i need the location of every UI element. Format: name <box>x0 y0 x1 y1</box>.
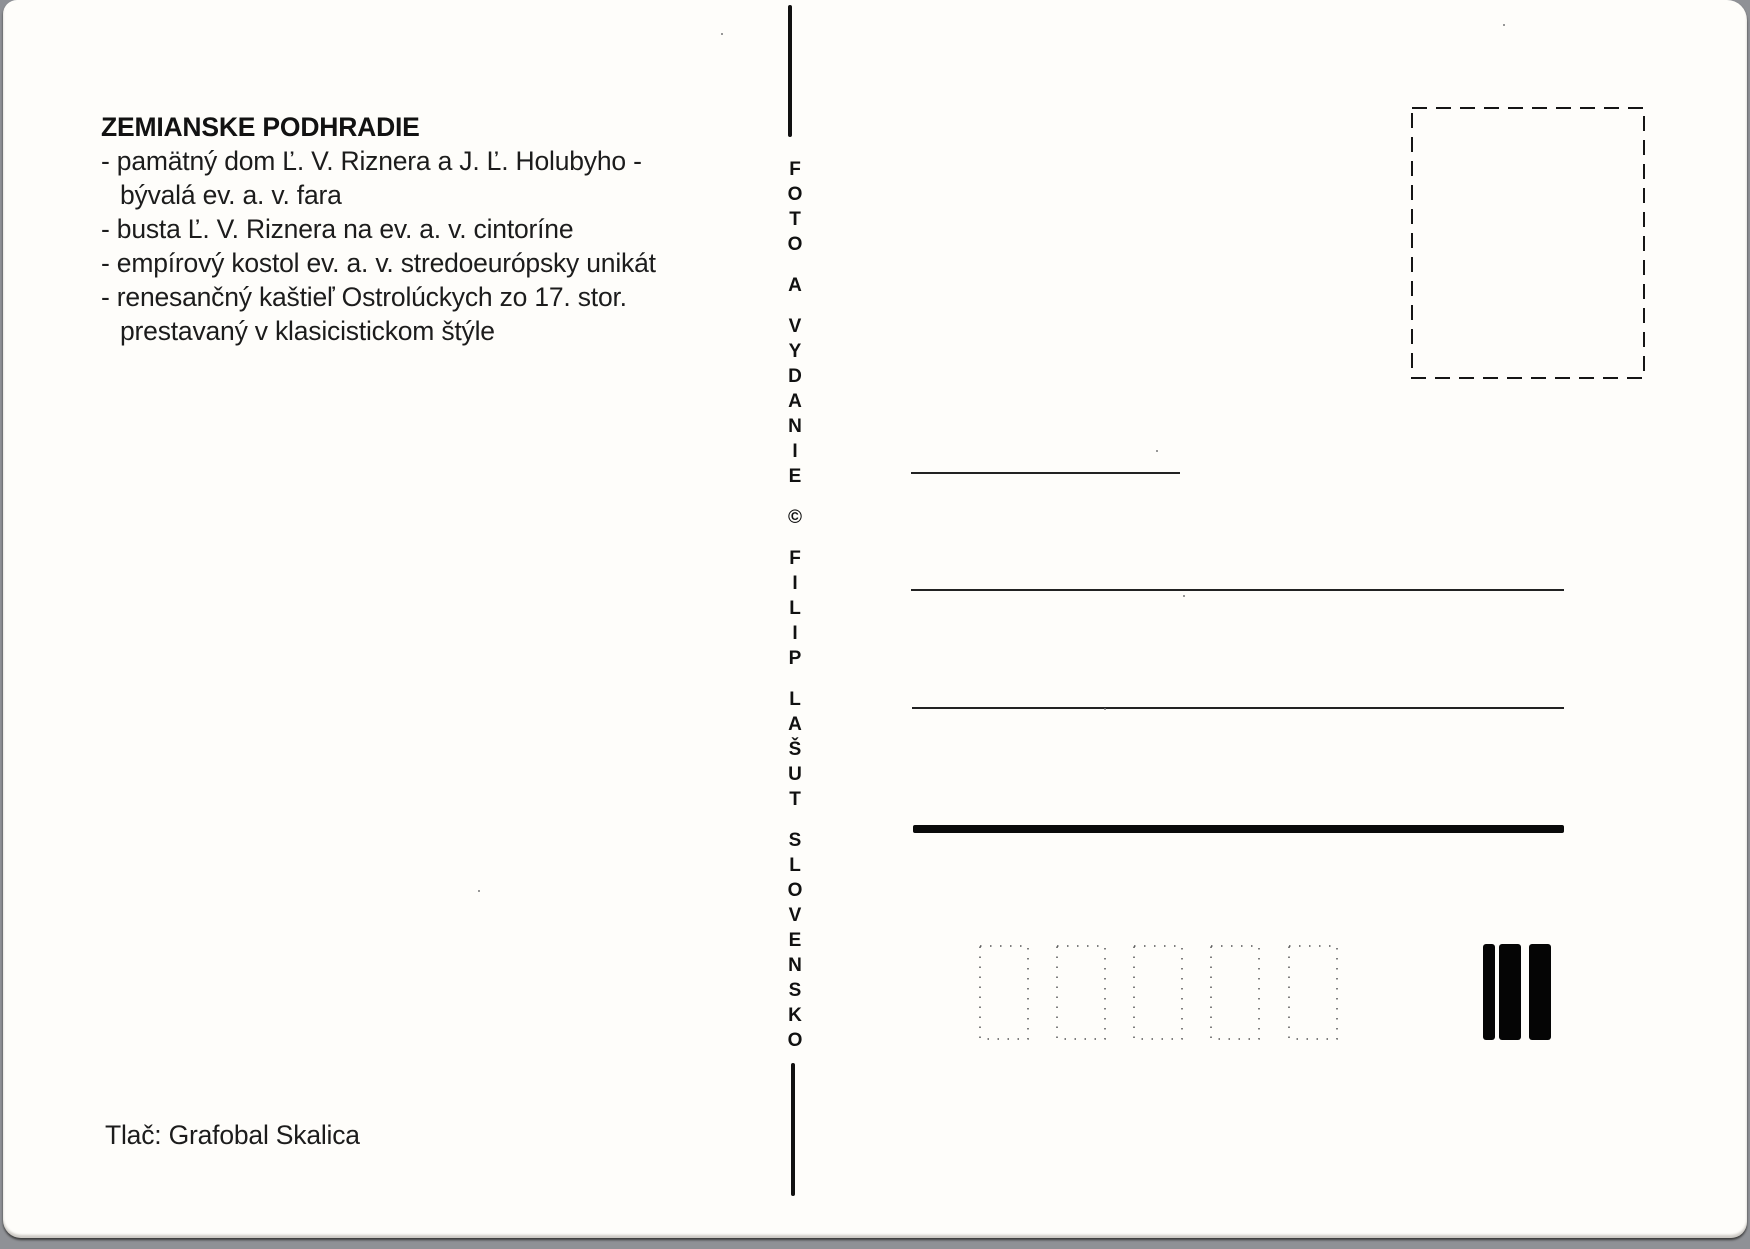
divider-line-bottom <box>791 1063 795 1196</box>
vertical-credit-letter: A <box>780 273 810 298</box>
postcard-back: ZEMIANSKE PODHRADIE - pamätný dom Ľ. V. … <box>3 0 1747 1238</box>
vertical-credit-letter: T <box>780 787 810 812</box>
vertical-credit-letter: D <box>780 364 810 389</box>
vertical-credit-letter: V <box>780 314 810 339</box>
description-line: bývalá ev. a. v. fara <box>101 178 656 212</box>
stamp-placeholder-box <box>1411 107 1645 379</box>
vertical-credit-letter: L <box>780 853 810 878</box>
vertical-credit-word: FOTO <box>780 157 810 257</box>
vertical-credit-letter: T <box>780 207 810 232</box>
vertical-credit: FOTOAVYDANIE©FILIPLAŠUTSLOVENSKO <box>773 157 817 1069</box>
vertical-credit-letter: P <box>780 646 810 671</box>
printer-credit: Tlač: Grafobal Skalica <box>105 1120 360 1151</box>
postal-bar <box>1499 944 1521 1040</box>
vertical-credit-letter: V <box>780 903 810 928</box>
vertical-credit-letter: L <box>780 687 810 712</box>
description-line: - empírový kostol ev. a. v. stredoeuróps… <box>101 246 656 280</box>
paper-speck <box>1104 708 1106 710</box>
address-line-1 <box>911 472 1180 474</box>
vertical-credit-letter: A <box>780 712 810 737</box>
postal-code-box <box>979 945 1029 1040</box>
vertical-credit-letter: O <box>780 878 810 903</box>
vertical-credit-letter: L <box>780 596 810 621</box>
description-line: - renesančný kaštieľ Ostrolúckych zo 17.… <box>101 280 656 314</box>
vertical-credit-letter: I <box>780 621 810 646</box>
vertical-credit-letter: O <box>780 232 810 257</box>
vertical-credit-letter: U <box>780 762 810 787</box>
paper-speck <box>1156 450 1158 452</box>
description-line: - pamätný dom Ľ. V. Riznera a J. Ľ. Holu… <box>101 144 656 178</box>
vertical-credit-letter: K <box>780 1003 810 1028</box>
postcard-heading: ZEMIANSKE PODHRADIE <box>101 112 420 142</box>
vertical-credit-word: FILIP <box>780 546 810 671</box>
address-line-postal <box>913 825 1564 833</box>
paper-speck <box>721 33 723 35</box>
vertical-credit-letter: I <box>780 571 810 596</box>
postal-bar <box>1529 944 1551 1040</box>
vertical-credit-letter: N <box>780 414 810 439</box>
postal-bar <box>1483 944 1495 1040</box>
vertical-credit-word: A <box>780 273 810 298</box>
vertical-credit-letter: N <box>780 953 810 978</box>
vertical-credit-letter: O <box>780 1028 810 1053</box>
vertical-credit-letter: O <box>780 182 810 207</box>
paper-speck <box>478 890 480 892</box>
description-line: - busta Ľ. V. Riznera na ev. a. v. cinto… <box>101 212 656 246</box>
postal-code-box <box>1288 945 1338 1040</box>
vertical-credit-letter: E <box>780 464 810 489</box>
postal-code-box <box>1133 945 1183 1040</box>
vertical-credit-letter: Š <box>780 737 810 762</box>
address-line-3 <box>912 707 1564 709</box>
description-list: - pamätný dom Ľ. V. Riznera a J. Ľ. Holu… <box>101 144 656 348</box>
postal-code-box <box>1056 945 1106 1040</box>
address-line-2 <box>911 589 1564 591</box>
divider-line-top <box>788 5 792 137</box>
vertical-credit-letter: F <box>780 157 810 182</box>
vertical-credit-letter: S <box>780 978 810 1003</box>
vertical-credit-letter: © <box>780 505 810 530</box>
vertical-credit-word: © <box>780 505 810 530</box>
paper-speck <box>1183 595 1185 597</box>
postal-code-box <box>1210 945 1260 1040</box>
vertical-credit-word: SLOVENSKO <box>780 828 810 1053</box>
vertical-credit-letter: E <box>780 928 810 953</box>
vertical-credit-letter: A <box>780 389 810 414</box>
description-line: prestavaný v klasicistickom štýle <box>101 314 656 348</box>
vertical-credit-word: LAŠUT <box>780 687 810 812</box>
vertical-credit-letter: S <box>780 828 810 853</box>
vertical-credit-letter: I <box>780 439 810 464</box>
vertical-credit-letter: F <box>780 546 810 571</box>
vertical-credit-letter: Y <box>780 339 810 364</box>
paper-speck <box>1503 24 1505 26</box>
vertical-credit-word: VYDANIE <box>780 314 810 489</box>
